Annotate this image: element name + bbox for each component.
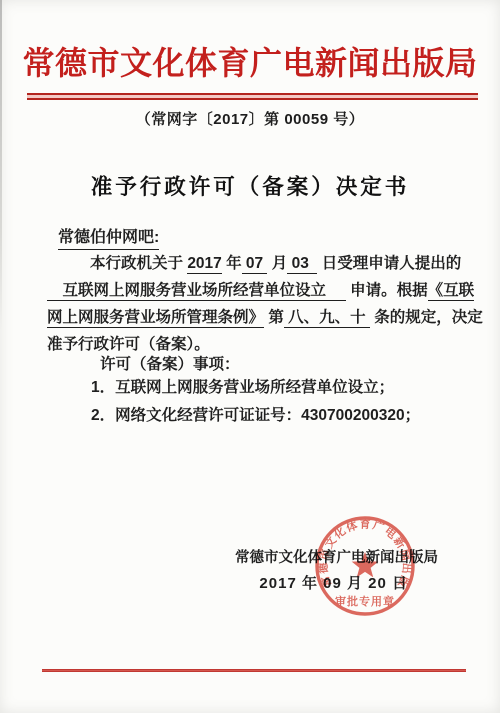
body-text: 日受理申请人提出的 [317,255,461,272]
footer-divider [42,669,466,672]
body-text: 条的规定，决定 [370,309,483,326]
seal-bottom-text: 审批专用章 [335,594,395,608]
license-item-1: 1．互联网上网服务营业场所经营单位设立； [91,374,394,401]
agency-letterhead: 常德市文化体育广电新闻出版局 [0,44,500,82]
filled-blank-month: 07 [242,255,268,274]
body-text: 申请。根据 [346,282,428,299]
body-text: 年 [222,255,242,272]
addressee: 常德伯仲网吧: [58,228,159,250]
body-text: 本行政机关于 [90,255,187,272]
regulation-title-part1: 《互联 [428,282,475,301]
seal-star-icon [352,552,379,577]
seal-arc-text: 常德市文化体育广电新闻出版局 [313,514,414,591]
license-item-2: 2．网络文化经营许可证证号：430700200320； [91,402,420,429]
body-text: 第 [264,309,284,326]
filled-blank-application: 互联网上网服务营业场所经营单位设立 [47,282,346,301]
letterhead-divider [27,93,478,100]
filled-blank-year: 2017 [187,255,221,274]
filled-blank-day: 03 [287,255,317,274]
regulation-title-part2: 网上网服务营业场所管理条例》 [47,309,264,328]
scanned-official-document: 常德市文化体育广电新闻出版局 （常网字〔2017〕第 00059 号） 准予行政… [0,0,500,713]
body-line-1: 本行政机关于 2017 年 07 月 03 日受理申请人提出的 [47,250,467,277]
body-paragraph: 本行政机关于 2017 年 07 月 03 日受理申请人提出的 互联网上网服务营… [47,250,467,358]
document-title: 准予行政许可（备案）决定书 [0,173,500,201]
official-seal: 常德市文化体育广电新闻出版局 审批专用章 [313,514,417,618]
body-line-3: 网上网服务营业场所管理条例》 第 八、九、十 条的规定，决定 [47,304,467,331]
body-line-2: 互联网上网服务营业场所经营单位设立 申请。根据《互联 [47,277,467,304]
document-reference-number: （常网字〔2017〕第 00059 号） [0,110,500,130]
body-text: 月 [267,255,287,272]
filled-blank-articles: 八、九、十 [284,309,370,328]
